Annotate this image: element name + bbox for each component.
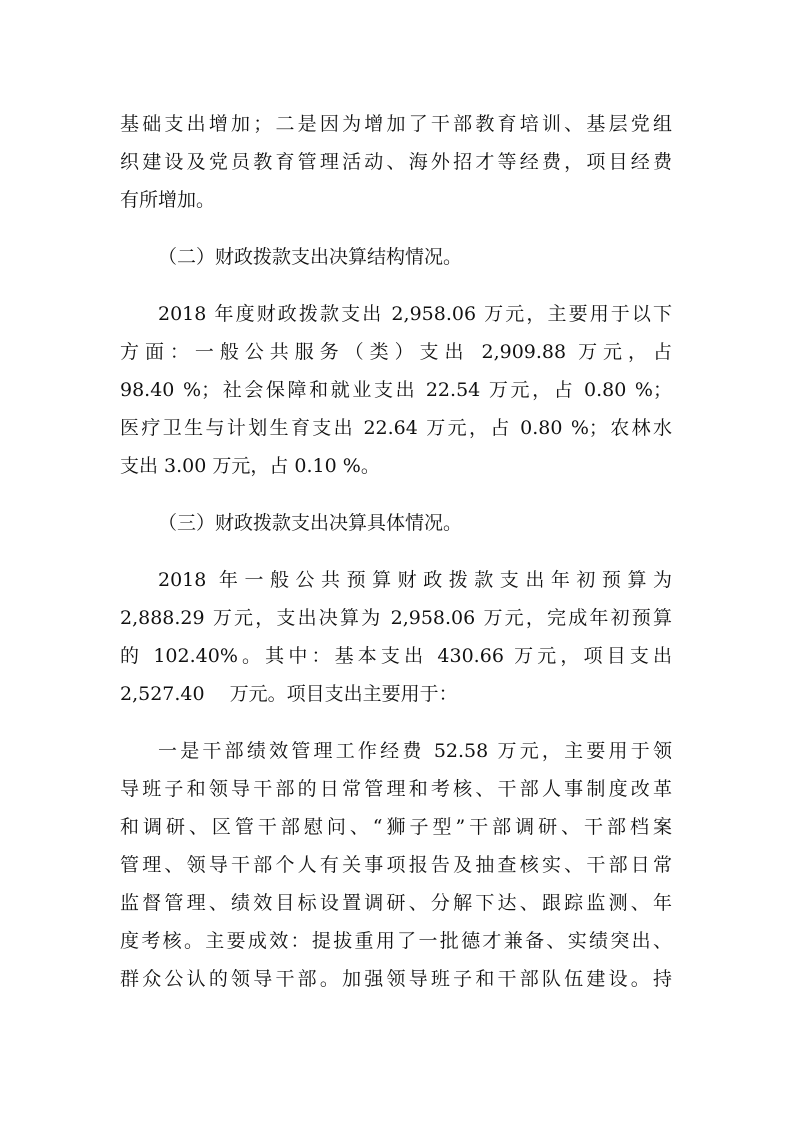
text-line: 2,527.40 万元。项目支出主要用于： (120, 682, 672, 706)
text-line: 支出 3.00 万元，占 0.10 %。 (120, 454, 672, 478)
text-line: 管理、领导干部个人有关事项报告及抽查核实、干部日常 (120, 853, 672, 877)
text-line: 导班子和领导干部的日常管理和考核、干部人事制度改革 (120, 777, 672, 801)
text-line: 的 102.40%。其中：基本支出 430.66 万元，项目支出 (120, 644, 672, 668)
text-line: 度考核。主要成效：提拔重用了一批德才兼备、实绩突出、 (120, 929, 672, 953)
text-line: 2018 年一般公共预算财政拨款支出年初预算为 (120, 568, 672, 592)
text-line: 和调研、区管干部慰问、“狮子型”干部调研、干部档案 (120, 815, 672, 839)
text-line: 2018 年度财政拨款支出 2,958.06 万元，主要用于以下 (120, 302, 672, 326)
text-line: 群众公认的领导干部。加强领导班子和干部队伍建设。持 (120, 967, 672, 991)
text-line: 一是干部绩效管理工作经费 52.58 万元，主要用于领 (120, 739, 672, 763)
text-line: 医疗卫生与计划生育支出 22.64 万元，占 0.80 %；农林水 (120, 416, 672, 440)
text-line: 织建设及党员教育管理活动、海外招才等经费，项目经费 (120, 150, 672, 174)
text-line: 监督管理、绩效目标设置调研、分解下达、跟踪监测、年 (120, 891, 672, 915)
section-heading-2: （二）财政拨款支出决算结构情况。 (120, 245, 672, 269)
text-line: 方面：一般公共服务（类）支出 2,909.88 万元，占 (120, 340, 672, 364)
section-heading-3: （三）财政拨款支出决算具体情况。 (120, 511, 672, 535)
text-line: 2,888.29 万元，支出决算为 2,958.06 万元，完成年初预算 (120, 606, 672, 630)
text-line: 有所增加。 (120, 188, 672, 212)
text-line: 98.40 %；社会保障和就业支出 22.54 万元，占 0.80 %； (120, 378, 672, 402)
text-line: 基础支出增加；二是因为增加了干部教育培训、基层党组 (120, 112, 672, 136)
